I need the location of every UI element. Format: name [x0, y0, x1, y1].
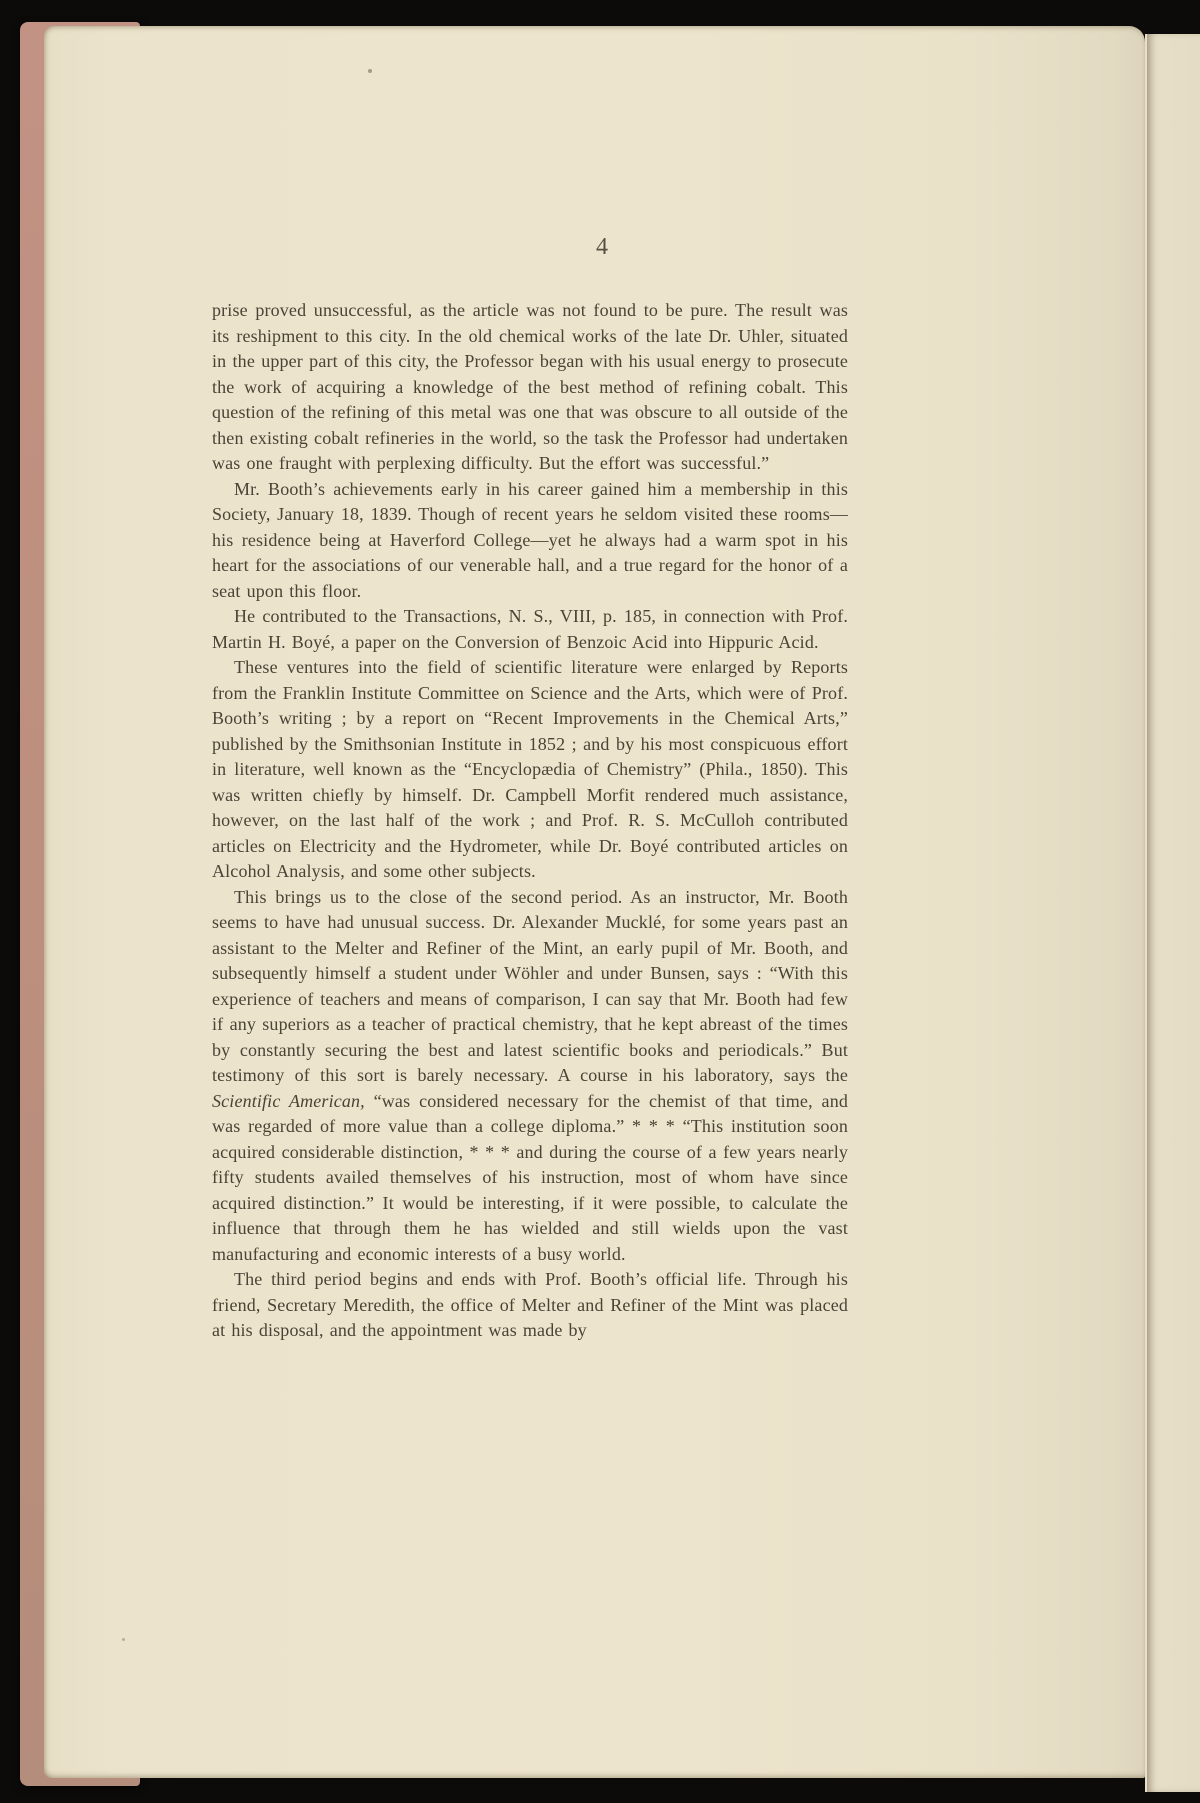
paragraph: Mr. Booth’s achievements early in his ca…: [212, 477, 848, 605]
body-text: The third period begins and ends with Pr…: [212, 1269, 848, 1340]
body-text: Mr. Booth’s achievements early in his ca…: [212, 479, 848, 601]
paragraph: prise proved unsuccessful, as the articl…: [212, 298, 848, 477]
body-text: prise proved unsuccessful, as the articl…: [212, 300, 848, 473]
paragraph: The third period begins and ends with Pr…: [212, 1267, 848, 1344]
italic-text: Scientific American,: [212, 1091, 365, 1111]
body-text: “was considered necessary for the chemis…: [212, 1091, 848, 1264]
paragraph: He contributed to the Transactions, N. S…: [212, 604, 848, 655]
page-number: 4: [284, 232, 920, 262]
body-text: These ventures into the field of scienti…: [212, 657, 848, 881]
paragraph: These ventures into the field of scienti…: [212, 655, 848, 885]
paragraph: This brings us to the close of the secon…: [212, 885, 848, 1268]
adjacent-page-edge: [1145, 34, 1200, 1792]
body-text: This brings us to the close of the secon…: [212, 887, 848, 1086]
paper-speck: [122, 1638, 125, 1641]
body-text: He contributed to the Transactions, N. S…: [212, 606, 848, 652]
scanned-book-photo: 4 prise proved unsuccessful, as the arti…: [0, 0, 1200, 1803]
page-text-block: 4 prise proved unsuccessful, as the arti…: [212, 26, 848, 1344]
body-paragraphs: prise proved unsuccessful, as the articl…: [212, 298, 848, 1344]
book-page: 4 prise proved unsuccessful, as the arti…: [44, 26, 1145, 1778]
